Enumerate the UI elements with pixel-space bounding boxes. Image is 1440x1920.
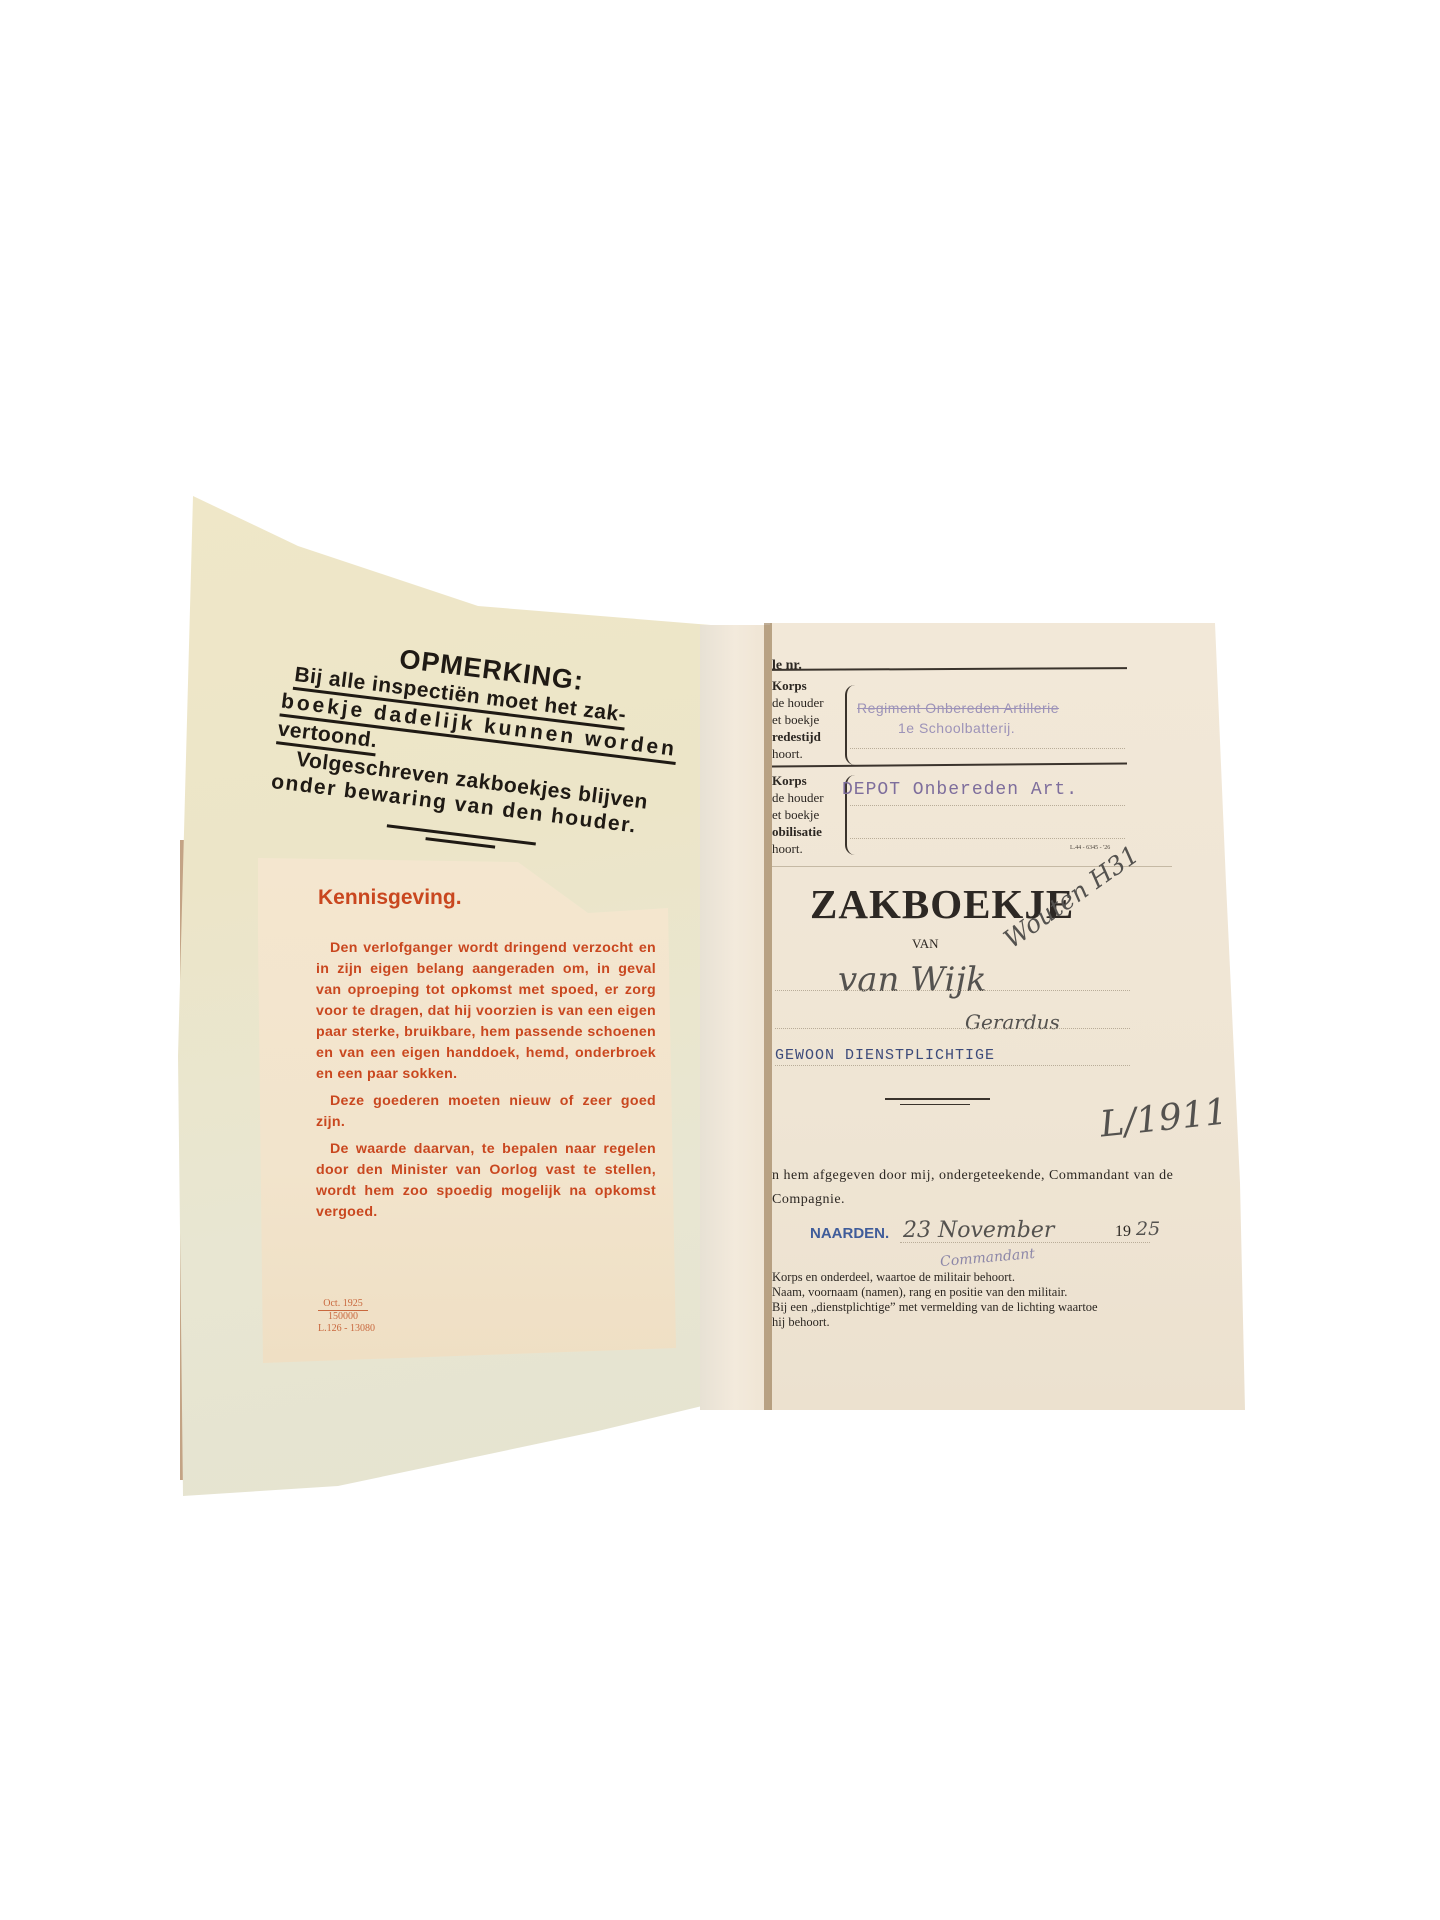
divider-rule (900, 1104, 970, 1105)
field-label: de houder (772, 694, 852, 711)
field-label: redestijd (772, 728, 852, 745)
fill-line (775, 1028, 1130, 1029)
footnotes: Korps en onderdeel, waartoe de militair … (772, 1270, 1222, 1330)
print-mark: Oct. 1925 150000 L.126 - 13080 (318, 1298, 368, 1335)
field-label: Korps (772, 772, 852, 789)
depot-stamp: DEPOT Onbereden Art. (842, 780, 1078, 800)
field-label: de houder (772, 789, 852, 806)
footnote: Naam, voornaam (namen), rang en positie … (772, 1285, 1222, 1300)
peace-field-labels: Korps de houder et boekje redestijd hoor… (772, 677, 852, 762)
fill-line (775, 990, 1130, 991)
handwritten-year-suffix: 25 (1136, 1218, 1160, 1240)
battery-stamp: 1e Schoolbatterij. (898, 720, 1015, 736)
page-gutter (700, 625, 772, 1410)
divider-rule (885, 1098, 990, 1100)
fill-line (775, 1065, 1130, 1066)
fold-shadow (764, 623, 772, 1410)
notice-paragraph: Deze goederen moeten nieuw of zeer goed … (316, 1091, 656, 1133)
fill-line (850, 838, 1125, 839)
rank-stamp: GEWOON DIENSTPLICHTIGE (775, 1047, 995, 1064)
fill-line (850, 748, 1125, 749)
field-label: et boekje (772, 711, 852, 728)
field-label: obilisatie (772, 823, 852, 840)
print-code: L.44 - 6345 - '26 (1070, 845, 1110, 851)
notice-heading: Kennisgeving. (318, 886, 462, 910)
print-date: Oct. 1925 (318, 1298, 368, 1311)
notice-paragraph: Den verlofganger wordt dringend verzocht… (316, 938, 656, 1085)
fill-line (850, 805, 1125, 806)
footnote: Bij een „dienstplichtige” met vermelding… (772, 1300, 1222, 1315)
number-label: le nr. (772, 658, 802, 674)
handwritten-date: 23 November (903, 1218, 1054, 1243)
notice-body: Den verlofganger wordt dringend verzocht… (316, 938, 656, 1229)
fill-line (900, 1242, 1150, 1243)
field-label: Korps (772, 677, 852, 694)
print-run: 150000 (318, 1311, 368, 1323)
handwritten-surname: van Wijk (838, 960, 987, 1000)
regiment-stamp: Regiment Onbereden Artillerie (857, 700, 1059, 716)
brace (845, 685, 855, 765)
year-prefix: 19 (1115, 1223, 1131, 1241)
print-code: L.126 - 13080 (318, 1323, 368, 1335)
notice-paragraph: De waarde daarvan, te bepalen naar regel… (316, 1139, 656, 1223)
van-label: VAN (912, 936, 939, 952)
mobilisation-field-labels: Korps de houder et boekje obilisatie hoo… (772, 772, 852, 857)
footnote: Korps en onderdeel, waartoe de militair … (772, 1270, 1222, 1285)
kennisgeving-notice: Kennisgeving. Den verlofganger wordt dri… (258, 858, 676, 1363)
place-stamp: NAARDEN. (810, 1225, 889, 1242)
footnote: hij behoort. (772, 1315, 1222, 1330)
handwritten-first-name: Gerardus (965, 1010, 1060, 1034)
field-label: hoort. (772, 840, 852, 857)
issued-statement: n hem afgegeven door mij, ondergeteekend… (772, 1164, 1202, 1212)
field-label: hoort. (772, 745, 852, 762)
field-label: et boekje (772, 806, 852, 823)
